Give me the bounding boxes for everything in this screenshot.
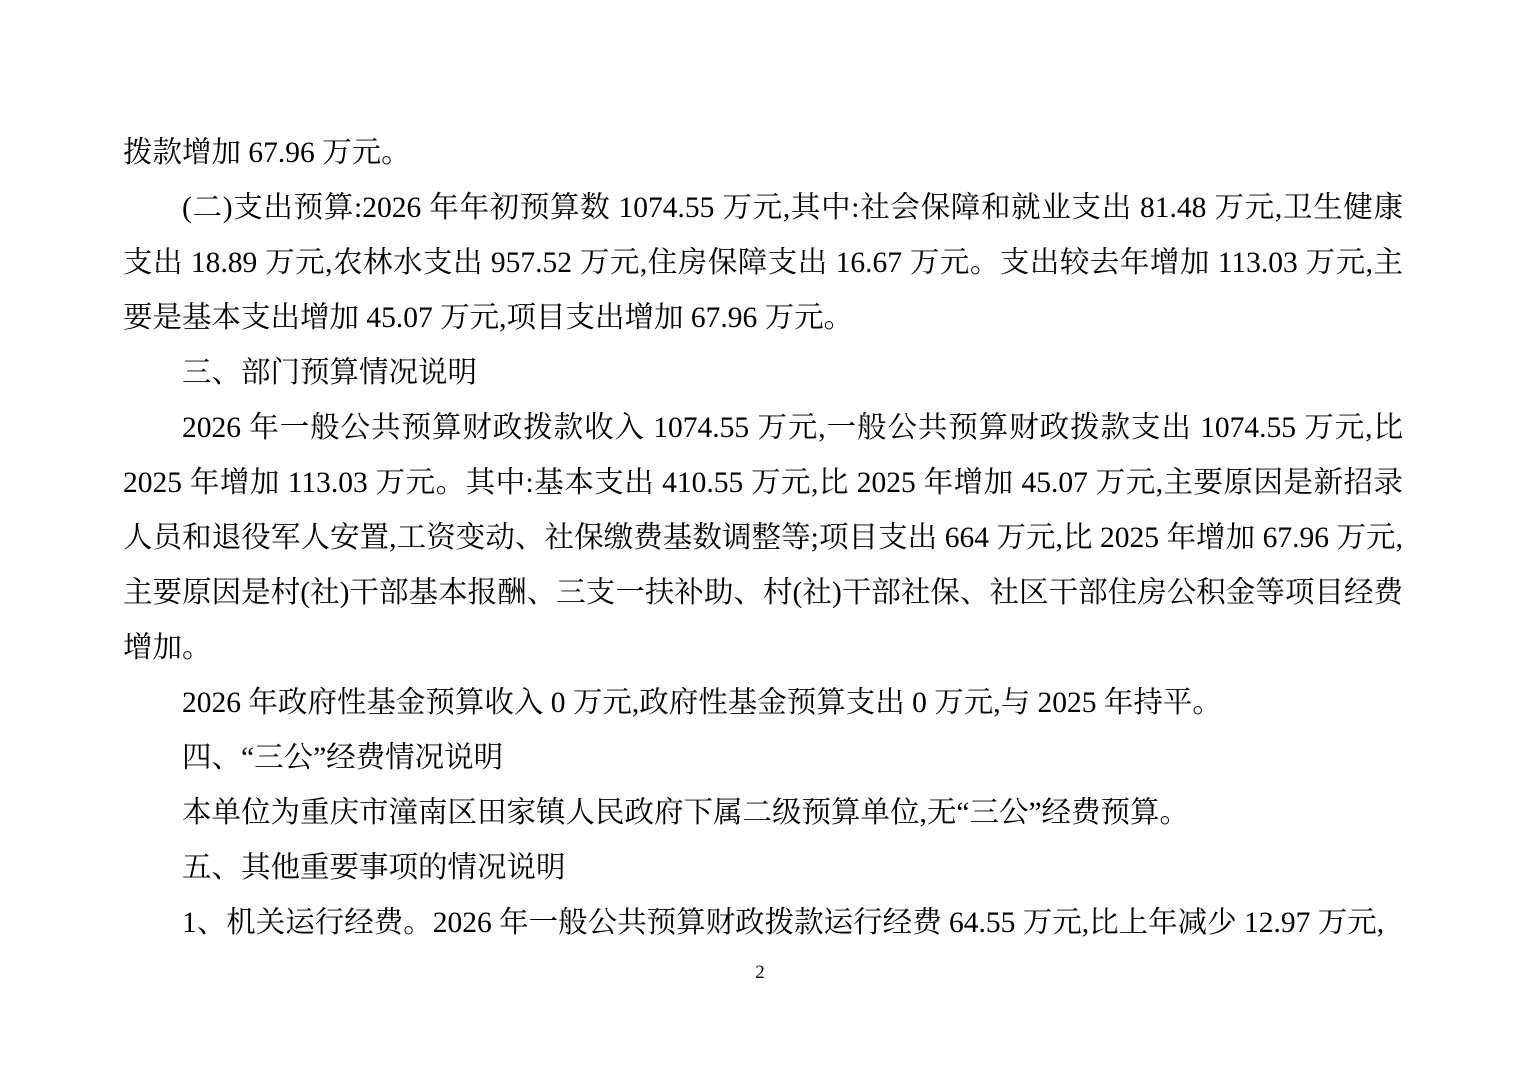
para-budget-details: 2026 年一般公共预算财政拨款收入 1074.55 万元,一般公共预算财政拨款… [123,401,1403,676]
para-funding-increase-continuation: 拨款增加 67.96 万元。 [123,126,1403,181]
heading-section-five-other-items: 五、其他重要事项的情况说明 [123,841,1403,896]
para-expenditure-budget: (二)支出预算:2026 年年初预算数 1074.55 万元,其中:社会保障和就… [123,181,1403,346]
page-number: 2 [0,958,1520,988]
document-page: 拨款增加 67.96 万元。 (二)支出预算:2026 年年初预算数 1074.… [0,0,1520,1074]
document-body: 拨款增加 67.96 万元。 (二)支出预算:2026 年年初预算数 1074.… [123,126,1403,951]
para-three-public-funds: 本单位为重庆市潼南区田家镇人民政府下属二级预算单位,无“三公”经费预算。 [123,786,1403,841]
heading-section-three-dept-budget: 三、部门预算情况说明 [123,346,1403,401]
para-gov-fund-budget: 2026 年政府性基金预算收入 0 万元,政府性基金预算支出 0 万元,与 20… [123,676,1403,731]
para-operating-costs: 1、机关运行经费。2026 年一般公共预算财政拨款运行经费 64.55 万元,比… [123,896,1403,951]
heading-section-four-three-public-funds: 四、“三公”经费情况说明 [123,731,1403,786]
